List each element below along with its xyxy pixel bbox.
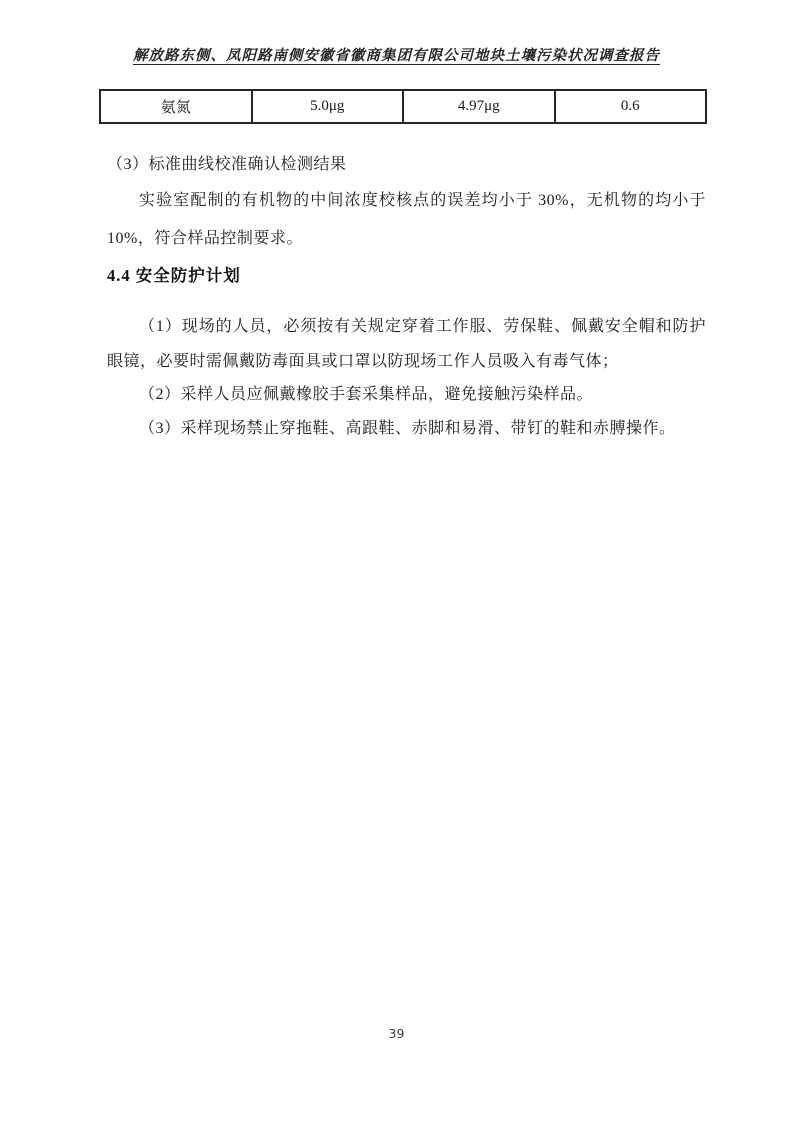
paragraph-calibration-result: 实验室配制的有机物的中间浓度校核点的误差均小于 30%，无机物的均小于 10%，… — [107, 182, 706, 258]
table-cell-error-value: 0.6 — [555, 90, 707, 123]
page-header: 解放路东侧、凤阳路南侧安徽省徽商集团有限公司地块土壤污染状况调查报告 — [0, 44, 793, 65]
paragraph-safety-item-2: （2）采样人员应佩戴橡胶手套采集样品，避免接触污染样品。 — [107, 377, 706, 412]
table-row: 氨氮 5.0μg 4.97μg 0.6 — [100, 90, 706, 123]
table-cell-standard-value: 5.0μg — [252, 90, 404, 123]
paragraph-safety-item-3: （3）采样现场禁止穿拖鞋、高跟鞋、赤脚和易滑、带钉的鞋和赤膊操作。 — [107, 411, 706, 446]
page-number: 39 — [0, 1026, 793, 1041]
table-cell-measured-value: 4.97μg — [403, 90, 555, 123]
table-cell-analyte: 氨氮 — [100, 90, 252, 123]
document-page: 解放路东侧、凤阳路南侧安徽省徽商集团有限公司地块土壤污染状况调查报告 氨氮 5.… — [0, 0, 793, 1122]
results-table: 氨氮 5.0μg 4.97μg 0.6 — [99, 89, 707, 124]
subsection-title-calibration-result: （3）标准曲线校准确认检测结果 — [107, 151, 347, 174]
section-heading-safety-plan: 4.4 安全防护计划 — [107, 262, 241, 286]
paragraph-safety-item-1: （1）现场的人员，必须按有关规定穿着工作服、劳保鞋、佩戴安全帽和防护眼镜，必要时… — [107, 309, 706, 379]
report-header-title: 解放路东侧、凤阳路南侧安徽省徽商集团有限公司地块土壤污染状况调查报告 — [133, 48, 660, 64]
